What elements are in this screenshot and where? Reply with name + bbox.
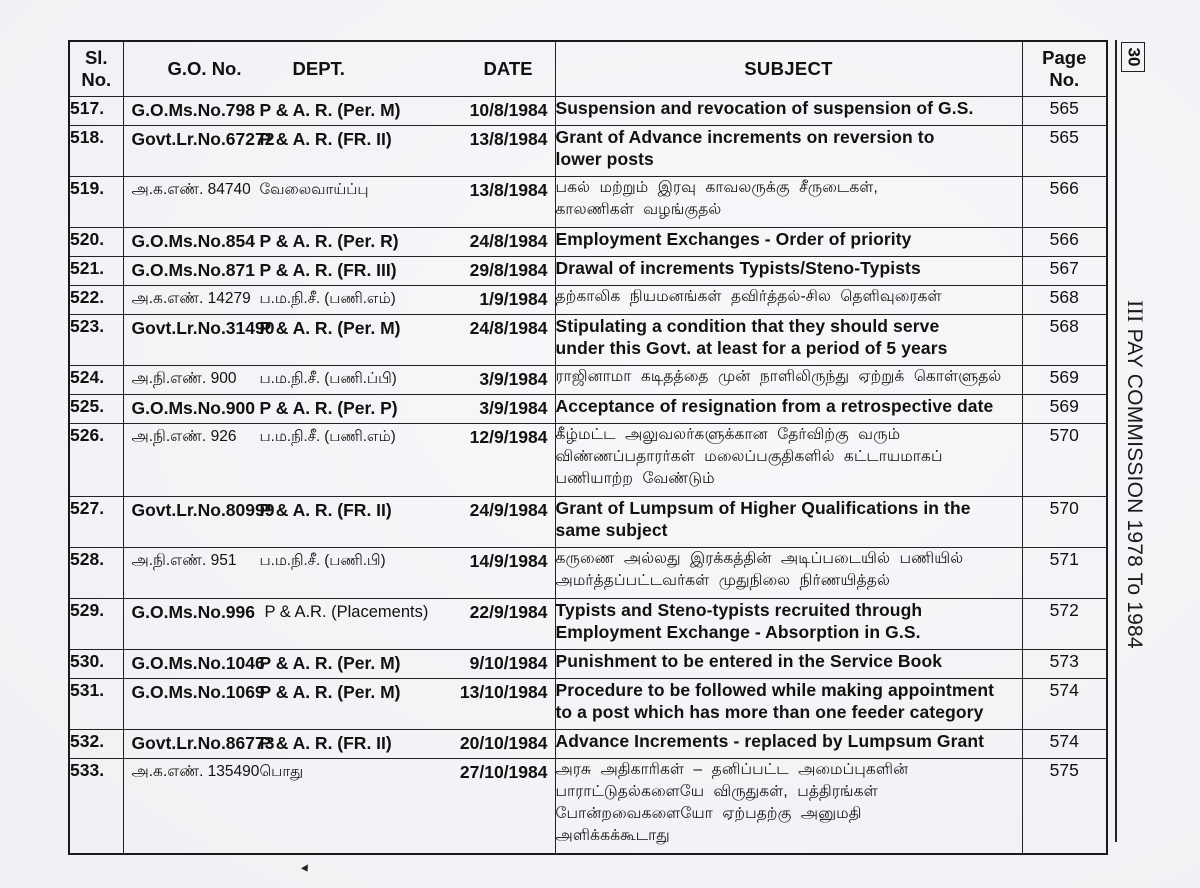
header-sl-no-line2: No. (70, 69, 123, 91)
cell-dept: P & A. R. (Per. P) (260, 397, 398, 419)
cell-date: 3/9/1984 (479, 368, 547, 390)
cell-go-no: Govt.Lr.No.80999 (132, 499, 275, 521)
cell-dept: P & A. R. (Per. M) (260, 99, 401, 121)
subject-line: Drawal of increments Typists/Steno-Typis… (556, 257, 1022, 279)
table-row: 530.G.O.Ms.No.1046P & A. R. (Per. M)9/10… (69, 650, 1107, 679)
cell-sl-no: 533. (69, 759, 123, 855)
subject-line: same subject (556, 519, 1022, 541)
table-row: 527.Govt.Lr.No.80999P & A. R. (FR. II)24… (69, 497, 1107, 548)
cell-sl-no: 528. (69, 548, 123, 599)
subject-line: போன்றவைகளையோ ஏற்பதற்கு அனுமதி (556, 803, 1022, 825)
cell-page-no: 565 (1022, 126, 1107, 177)
subject-line: Typists and Steno-typists recruited thro… (556, 599, 1022, 621)
cell-subject: Drawal of increments Typists/Steno-Typis… (555, 257, 1022, 286)
cell-dept: P & A.R. (Placements) (265, 601, 429, 623)
cell-go-no: Govt.Lr.No.67272 (132, 128, 275, 150)
cell-go-no: G.O.Ms.No.1069 (132, 681, 265, 703)
cell-dept: P & A. R. (Per. M) (260, 681, 401, 703)
cell-sl-no: 517. (69, 97, 123, 126)
cell-dept: P & A. R. (FR. II) (260, 499, 392, 521)
cell-subject: Grant of Advance increments on reversion… (555, 126, 1022, 177)
cell-subject: Advance Increments - replaced by Lumpsum… (555, 730, 1022, 759)
cell-go-no: அ.க.எண். 14279 (132, 288, 251, 310)
subject-line: தற்காலிக நியமனங்கள் தவிர்த்தல்-சில தெளிவ… (556, 286, 1022, 308)
cell-subject: Grant of Lumpsum of Higher Qualification… (555, 497, 1022, 548)
cell-go-dept-date: G.O.Ms.No.854P & A. R. (Per. R)24/8/1984 (123, 228, 555, 257)
subject-line: Employment Exchange - Absorption in G.S. (556, 621, 1022, 643)
header-page-no: Page No. (1022, 41, 1107, 97)
table-row: 529.G.O.Ms.No.996P & A.R. (Placements)22… (69, 599, 1107, 650)
cell-sl-no: 530. (69, 650, 123, 679)
cell-page-no: 574 (1022, 730, 1107, 759)
running-head-text: PAY COMMISSION 1978 To 1984 (1123, 329, 1146, 649)
subject-line: Advance Increments - replaced by Lumpsum… (556, 730, 1022, 752)
subject-line: ராஜினாமா கடிதத்தை முன் நாளிலிருந்து ஏற்ற… (556, 366, 1022, 388)
cell-page-no: 569 (1022, 395, 1107, 424)
cell-page-no: 567 (1022, 257, 1107, 286)
cell-go-dept-date: G.O.Ms.No.798P & A. R. (Per. M)10/8/1984 (123, 97, 555, 126)
cell-date: 13/8/1984 (470, 179, 548, 201)
cell-page-no: 566 (1022, 177, 1107, 228)
table-row: 519.அ.க.எண். 84740வேலைவாய்ப்பு13/8/1984ப… (69, 177, 1107, 228)
header-sl-no: Sl. No. (69, 41, 123, 97)
cell-date: 22/9/1984 (470, 601, 548, 623)
cell-go-dept-date: அ.நி.எண். 951ப.ம.நி.சீ. (பணி.பி)14/9/198… (123, 548, 555, 599)
cell-subject: Employment Exchanges - Order of priority (555, 228, 1022, 257)
cell-sl-no: 529. (69, 599, 123, 650)
cell-subject: கீழ்மட்ட அலுவலர்களுக்கான தேர்விற்கு வரும… (555, 424, 1022, 497)
cell-subject: ராஜினாமா கடிதத்தை முன் நாளிலிருந்து ஏற்ற… (555, 366, 1022, 395)
cell-dept: ப.ம.நி.சீ. (பணி.எம்) (260, 426, 396, 448)
cell-go-dept-date: அ.க.எண். 135490பொது27/10/1984 (123, 759, 555, 855)
cell-dept: P & A. R. (FR. II) (260, 128, 392, 150)
cell-go-no: G.O.Ms.No.996 (132, 601, 256, 623)
cell-go-no: Govt.Lr.No.31490 (132, 317, 275, 339)
cell-subject: தற்காலிக நியமனங்கள் தவிர்த்தல்-சில தெளிவ… (555, 286, 1022, 315)
cell-date: 24/8/1984 (470, 317, 548, 339)
subject-line: கருணை அல்லது இரக்கத்தின் அடிப்படையில் பண… (556, 548, 1022, 570)
cell-dept: P & A. R. (Per. R) (260, 230, 399, 252)
table-row: 525.G.O.Ms.No.900P & A. R. (Per. P)3/9/1… (69, 395, 1107, 424)
cell-date: 29/8/1984 (470, 259, 548, 281)
cell-dept: வேலைவாய்ப்பு (260, 179, 369, 201)
subject-line: Punishment to be entered in the Service … (556, 650, 1022, 672)
header-date: DATE (484, 58, 533, 80)
subject-line: Stipulating a condition that they should… (556, 315, 1022, 337)
subject-line: Acceptance of resignation from a retrosp… (556, 395, 1022, 417)
cell-sl-no: 518. (69, 126, 123, 177)
table-row: 532.Govt.Lr.No.86773P & A. R. (FR. II)20… (69, 730, 1107, 759)
subject-line: விண்ணப்பதாரர்கள் மலைப்பகுதிகளில் கட்டாயம… (556, 446, 1022, 468)
cell-sl-no: 526. (69, 424, 123, 497)
page-number-badge: 30 (1121, 42, 1145, 72)
cell-date: 14/9/1984 (470, 550, 548, 572)
running-head-roman: III (1123, 300, 1148, 323)
cell-go-no: G.O.Ms.No.1046 (132, 652, 265, 674)
cell-dept: பொது (260, 761, 304, 783)
cell-sl-no: 522. (69, 286, 123, 315)
cell-page-no: 575 (1022, 759, 1107, 855)
cell-go-no: அ.நி.எண். 900 (132, 368, 237, 390)
header-page-no-line2: No. (1023, 69, 1107, 91)
table-row: 531.G.O.Ms.No.1069P & A. R. (Per. M)13/1… (69, 679, 1107, 730)
cell-sl-no: 520. (69, 228, 123, 257)
header-sl-no-line1: Sl. (70, 47, 123, 69)
subject-line: under this Govt. at least for a period o… (556, 337, 1022, 359)
cell-go-dept-date: Govt.Lr.No.31490P & A. R. (Per. M)24/8/1… (123, 315, 555, 366)
cell-go-dept-date: G.O.Ms.No.1069P & A. R. (Per. M)13/10/19… (123, 679, 555, 730)
cell-subject: Acceptance of resignation from a retrosp… (555, 395, 1022, 424)
cell-go-dept-date: G.O.Ms.No.996P & A.R. (Placements)22/9/1… (123, 599, 555, 650)
cell-date: 12/9/1984 (470, 426, 548, 448)
table-row: 523.Govt.Lr.No.31490P & A. R. (Per. M)24… (69, 315, 1107, 366)
cell-sl-no: 519. (69, 177, 123, 228)
subject-line: Employment Exchanges - Order of priority (556, 228, 1022, 250)
subject-line: Procedure to be followed while making ap… (556, 679, 1022, 701)
header-page-no-line1: Page (1023, 47, 1107, 69)
cell-subject: அரசு அதிகாரிகள் – தனிப்பட்ட அமைப்புகளின்… (555, 759, 1022, 855)
table-row: 520.G.O.Ms.No.854P & A. R. (Per. R)24/8/… (69, 228, 1107, 257)
table-row: 522.அ.க.எண். 14279ப.ம.நி.சீ. (பணி.எம்)1/… (69, 286, 1107, 315)
subject-line: அளிக்கக்கூடாது (556, 825, 1022, 847)
cell-go-dept-date: G.O.Ms.No.1046P & A. R. (Per. M)9/10/198… (123, 650, 555, 679)
cell-go-no: அ.நி.எண். 951 (132, 550, 237, 572)
cell-date: 24/9/1984 (470, 499, 548, 521)
cell-page-no: 574 (1022, 679, 1107, 730)
cell-subject: Typists and Steno-typists recruited thro… (555, 599, 1022, 650)
cell-go-dept-date: Govt.Lr.No.80999P & A. R. (FR. II)24/9/1… (123, 497, 555, 548)
table-body: 517.G.O.Ms.No.798P & A. R. (Per. M)10/8/… (69, 97, 1107, 855)
subject-line: கீழ்மட்ட அலுவலர்களுக்கான தேர்விற்கு வரும… (556, 424, 1022, 446)
cell-dept: P & A. R. (FR. III) (260, 259, 397, 281)
cell-go-dept-date: அ.க.எண். 14279ப.ம.நி.சீ. (பணி.எம்)1/9/19… (123, 286, 555, 315)
cell-date: 1/9/1984 (479, 288, 547, 310)
cell-go-dept-date: G.O.Ms.No.900P & A. R. (Per. P)3/9/1984 (123, 395, 555, 424)
cell-date: 3/9/1984 (479, 397, 547, 419)
side-rule-divider (1115, 40, 1117, 842)
cell-page-no: 568 (1022, 315, 1107, 366)
cell-sl-no: 532. (69, 730, 123, 759)
header-dept: DEPT. (293, 58, 345, 80)
subject-line: அமர்த்தப்பட்டவர்கள் முதுநிலை நிர்ணயித்தல… (556, 570, 1022, 592)
cell-date: 9/10/1984 (470, 652, 548, 674)
cell-go-no: அ.க.எண். 135490 (132, 761, 260, 783)
subject-line: பாராட்டுதல்களையே விருதுகள், பத்திரங்கள் (556, 781, 1022, 803)
page-number: 30 (1123, 48, 1143, 67)
cell-sl-no: 524. (69, 366, 123, 395)
header-go-dept-date: G.O. No. DEPT. DATE (123, 41, 555, 97)
cell-go-dept-date: அ.க.எண். 84740வேலைவாய்ப்பு13/8/1984 (123, 177, 555, 228)
cell-go-dept-date: அ.நி.எண். 900ப.ம.நி.சீ. (பணி.ப்பி)3/9/19… (123, 366, 555, 395)
cell-dept: ப.ம.நி.சீ. (பணி.ப்பி) (260, 368, 397, 390)
cell-date: 13/8/1984 (470, 128, 548, 150)
table-header-row: Sl. No. G.O. No. DEPT. DATE SUBJECT Page… (69, 41, 1107, 97)
cell-subject: Punishment to be entered in the Service … (555, 650, 1022, 679)
cell-go-no: அ.க.எண். 84740 (132, 179, 251, 201)
cell-page-no: 566 (1022, 228, 1107, 257)
cell-sl-no: 521. (69, 257, 123, 286)
cell-sl-no: 525. (69, 395, 123, 424)
cell-page-no: 571 (1022, 548, 1107, 599)
table-row: 521.G.O.Ms.No.871P & A. R. (FR. III)29/8… (69, 257, 1107, 286)
cell-go-no: G.O.Ms.No.798 (132, 99, 256, 121)
cell-subject: Procedure to be followed while making ap… (555, 679, 1022, 730)
subject-line: காலணிகள் வழங்குதல் (556, 199, 1022, 221)
cell-subject: கருணை அல்லது இரக்கத்தின் அடிப்படையில் பண… (555, 548, 1022, 599)
cell-page-no: 568 (1022, 286, 1107, 315)
subject-line: lower posts (556, 148, 1022, 170)
cell-page-no: 570 (1022, 497, 1107, 548)
subject-line: to a post which has more than one feeder… (556, 701, 1022, 723)
cell-sl-no: 531. (69, 679, 123, 730)
subject-line: பணியாற்ற வேண்டும் (556, 468, 1022, 490)
header-subject: SUBJECT (555, 41, 1022, 97)
table-row: 533.அ.க.எண். 135490பொது27/10/1984அரசு அத… (69, 759, 1107, 855)
header-go-no: G.O. No. (168, 58, 242, 80)
subject-line: பகல் மற்றும் இரவு காவலருக்கு சீருடைகள், (556, 177, 1022, 199)
cell-go-no: Govt.Lr.No.86773 (132, 732, 275, 754)
subject-line: அரசு அதிகாரிகள் – தனிப்பட்ட அமைப்புகளின் (556, 759, 1022, 781)
cell-dept: ப.ம.நி.சீ. (பணி.பி) (260, 550, 386, 572)
cell-sl-no: 523. (69, 315, 123, 366)
cell-page-no: 570 (1022, 424, 1107, 497)
cell-subject: பகல் மற்றும் இரவு காவலருக்கு சீருடைகள்,க… (555, 177, 1022, 228)
cell-date: 13/10/1984 (460, 681, 548, 703)
running-head: III PAY COMMISSION 1978 To 1984 (1122, 300, 1148, 649)
cell-date: 20/10/1984 (460, 732, 548, 754)
cell-go-no: அ.நி.எண். 926 (132, 426, 237, 448)
cell-subject: Suspension and revocation of suspension … (555, 97, 1022, 126)
cell-sl-no: 527. (69, 497, 123, 548)
table-row: 526.அ.நி.எண். 926ப.ம.நி.சீ. (பணி.எம்)12/… (69, 424, 1107, 497)
cell-go-dept-date: Govt.Lr.No.67272P & A. R. (FR. II)13/8/1… (123, 126, 555, 177)
subject-line: Grant of Lumpsum of Higher Qualification… (556, 497, 1022, 519)
table-row: 528.அ.நி.எண். 951ப.ம.நி.சீ. (பணி.பி)14/9… (69, 548, 1107, 599)
subject-line: Grant of Advance increments on reversion… (556, 126, 1022, 148)
cell-go-no: G.O.Ms.No.854 (132, 230, 256, 252)
subject-line: Suspension and revocation of suspension … (556, 97, 1022, 119)
cell-dept: ப.ம.நி.சீ. (பணி.எம்) (260, 288, 396, 310)
cell-go-no: G.O.Ms.No.871 (132, 259, 256, 281)
cell-go-no: G.O.Ms.No.900 (132, 397, 256, 419)
cell-page-no: 573 (1022, 650, 1107, 679)
go-index-table: Sl. No. G.O. No. DEPT. DATE SUBJECT Page… (68, 40, 1108, 855)
cell-page-no: 569 (1022, 366, 1107, 395)
cell-dept: P & A. R. (FR. II) (260, 732, 392, 754)
cell-date: 27/10/1984 (460, 761, 548, 783)
cell-page-no: 565 (1022, 97, 1107, 126)
cell-dept: P & A. R. (Per. M) (260, 652, 401, 674)
cell-go-dept-date: அ.நி.எண். 926ப.ம.நி.சீ. (பணி.எம்)12/9/19… (123, 424, 555, 497)
cell-date: 10/8/1984 (470, 99, 548, 121)
cell-go-dept-date: G.O.Ms.No.871P & A. R. (FR. III)29/8/198… (123, 257, 555, 286)
cell-go-dept-date: Govt.Lr.No.86773P & A. R. (FR. II)20/10/… (123, 730, 555, 759)
table-row: 517.G.O.Ms.No.798P & A. R. (Per. M)10/8/… (69, 97, 1107, 126)
cell-subject: Stipulating a condition that they should… (555, 315, 1022, 366)
cell-dept: P & A. R. (Per. M) (260, 317, 401, 339)
cell-date: 24/8/1984 (470, 230, 548, 252)
table-row: 518.Govt.Lr.No.67272P & A. R. (FR. II)13… (69, 126, 1107, 177)
table-row: 524.அ.நி.எண். 900ப.ம.நி.சீ. (பணி.ப்பி)3/… (69, 366, 1107, 395)
cell-page-no: 572 (1022, 599, 1107, 650)
